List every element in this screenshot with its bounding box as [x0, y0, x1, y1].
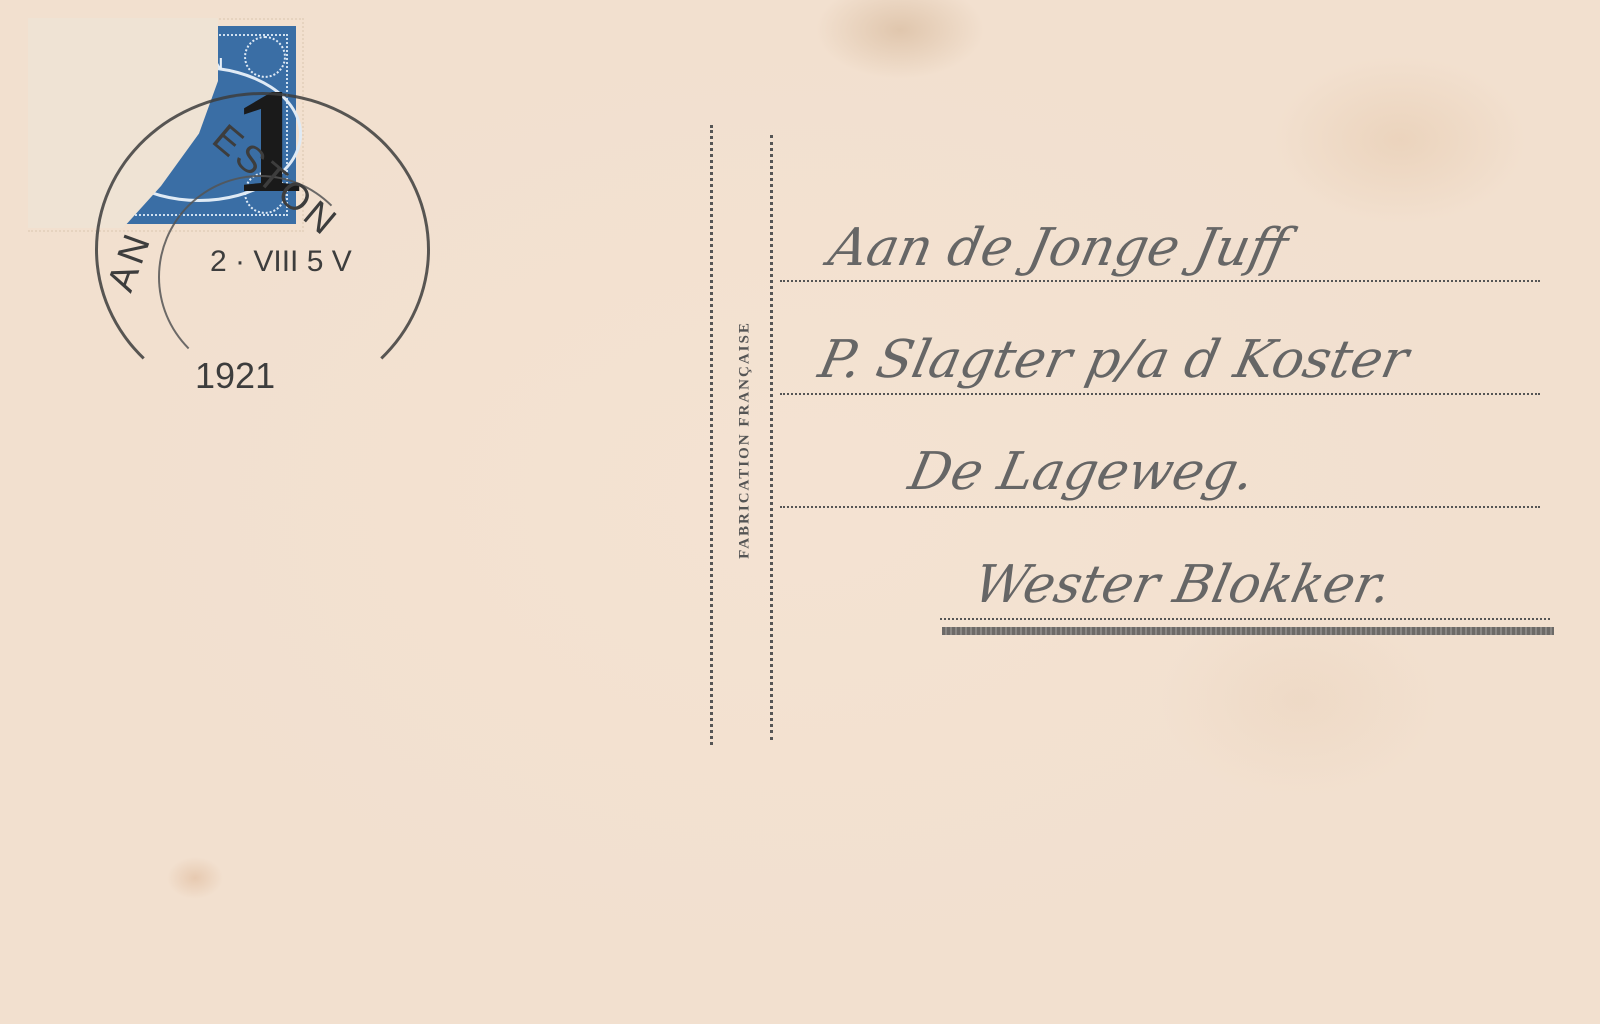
address-line-rule — [780, 506, 1540, 508]
address-underline — [942, 627, 1554, 635]
postmark-year: 1921 — [195, 355, 275, 397]
address-line-4: Wester Blokker. — [969, 555, 1397, 615]
address-line-1: Aan de Jonge Juff — [824, 218, 1293, 278]
address-line-rule — [780, 393, 1540, 395]
address-line-2: P. Slagter p/a d Koster — [814, 330, 1414, 390]
postcard: LAN 1 ESTON AN 2 · VIII 5 V 1921 FABRICA… — [0, 0, 1600, 1024]
address-line-rule — [940, 618, 1550, 620]
address-line-3: De Lageweg. — [904, 442, 1260, 502]
postmark-date: 2 · VIII 5 V — [210, 245, 352, 279]
divider-line — [770, 135, 773, 740]
divider-label: FABRICATION FRANÇAISE — [737, 321, 754, 559]
address-line-rule — [780, 280, 1540, 282]
divider-line — [710, 125, 713, 745]
